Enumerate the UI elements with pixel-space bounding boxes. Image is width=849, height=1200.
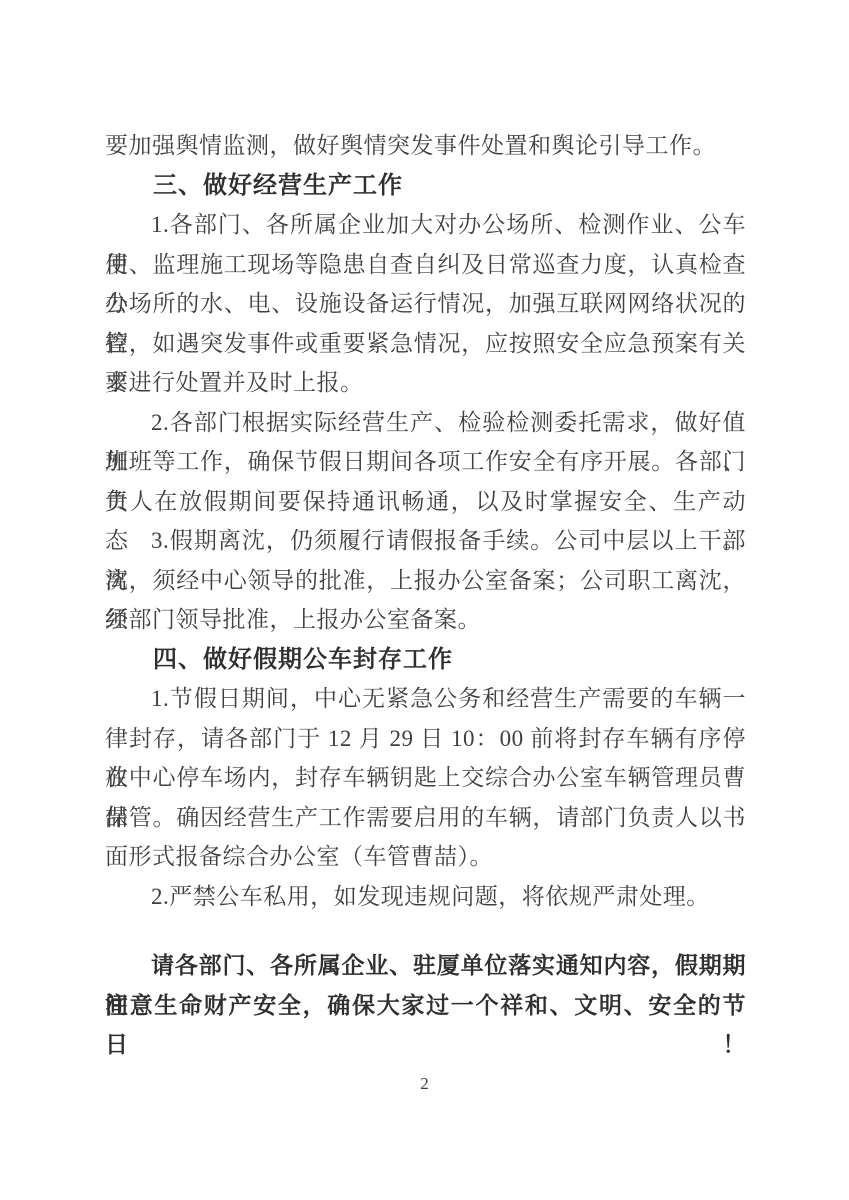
text-line: 经部门领导批准，上报办公室备案。 — [105, 600, 746, 640]
text-line: 2.各部门根据实际经营生产、检验检测委托需求，做好值班、 — [105, 403, 746, 443]
document-page: 要加强舆情监测，做好舆情突发事件处置和舆论引导工作。 三、做好经营生产工作 1.… — [0, 0, 849, 1200]
text-line: 责人在放假期间要保持通讯畅通，以及时掌握安全、生产动态。 — [105, 482, 746, 522]
text-line: 加班等工作，确保节假日期间各项工作安全有序开展。各部门负 — [105, 442, 746, 482]
closing-line: 注意生命财产安全，确保大家过一个祥和、文明、安全的节日！ — [105, 986, 746, 1026]
text-line: 2.严禁公车私用，如发现违规问题，将依规严肃处理。 — [105, 877, 746, 917]
text-line: 1.各部门、各所属企业加大对办公场所、检测作业、公车使 — [105, 205, 746, 245]
text-line: 面形式报备综合办公室（车管曹喆）。 — [105, 837, 746, 877]
text-line: 律封存，请各部门于 12 月 29 日 10：00 前将封存车辆有序停放 — [105, 719, 746, 759]
document-body: 要加强舆情监测，做好舆情突发事件处置和舆论引导工作。 三、做好经营生产工作 1.… — [105, 126, 746, 1025]
closing-line: 请各部门、各所属企业、驻厦单位落实通知内容，假期期间 — [105, 946, 746, 986]
text-line: 3.假期离沈，仍须履行请假报备手续。公司中层以上干部离 — [105, 521, 746, 561]
section-heading-4: 四、做好假期公车封存工作 — [105, 640, 746, 680]
text-line: 求进行处置并及时上报。 — [105, 363, 746, 403]
blank-line — [105, 916, 746, 946]
text-line: 要加强舆情监测，做好舆情突发事件处置和舆论引导工作。 — [105, 126, 746, 166]
text-line: 公场所的水、电、设施设备运行情况，加强互联网网络状况的管 — [105, 284, 746, 324]
page-number: 2 — [0, 1074, 849, 1094]
text-line: 沈，须经中心领导的批准，上报办公室备案；公司职工离沈，须 — [105, 561, 746, 601]
section-heading-3: 三、做好经营生产工作 — [105, 166, 746, 206]
text-line: 保管。确因经营生产工作需要启用的车辆，请部门负责人以书 — [105, 798, 746, 838]
text-line: 控，如遇突发事件或重要紧急情况，应按照安全应急预案有关要 — [105, 324, 746, 364]
text-line: 1.节假日期间，中心无紧急公务和经营生产需要的车辆一 — [105, 679, 746, 719]
text-line: 用、监理施工现场等隐患自查自纠及日常巡查力度，认真检查办 — [105, 245, 746, 285]
text-line: 在中心停车场内，封存车辆钥匙上交综合办公室车辆管理员曹喆 — [105, 758, 746, 798]
